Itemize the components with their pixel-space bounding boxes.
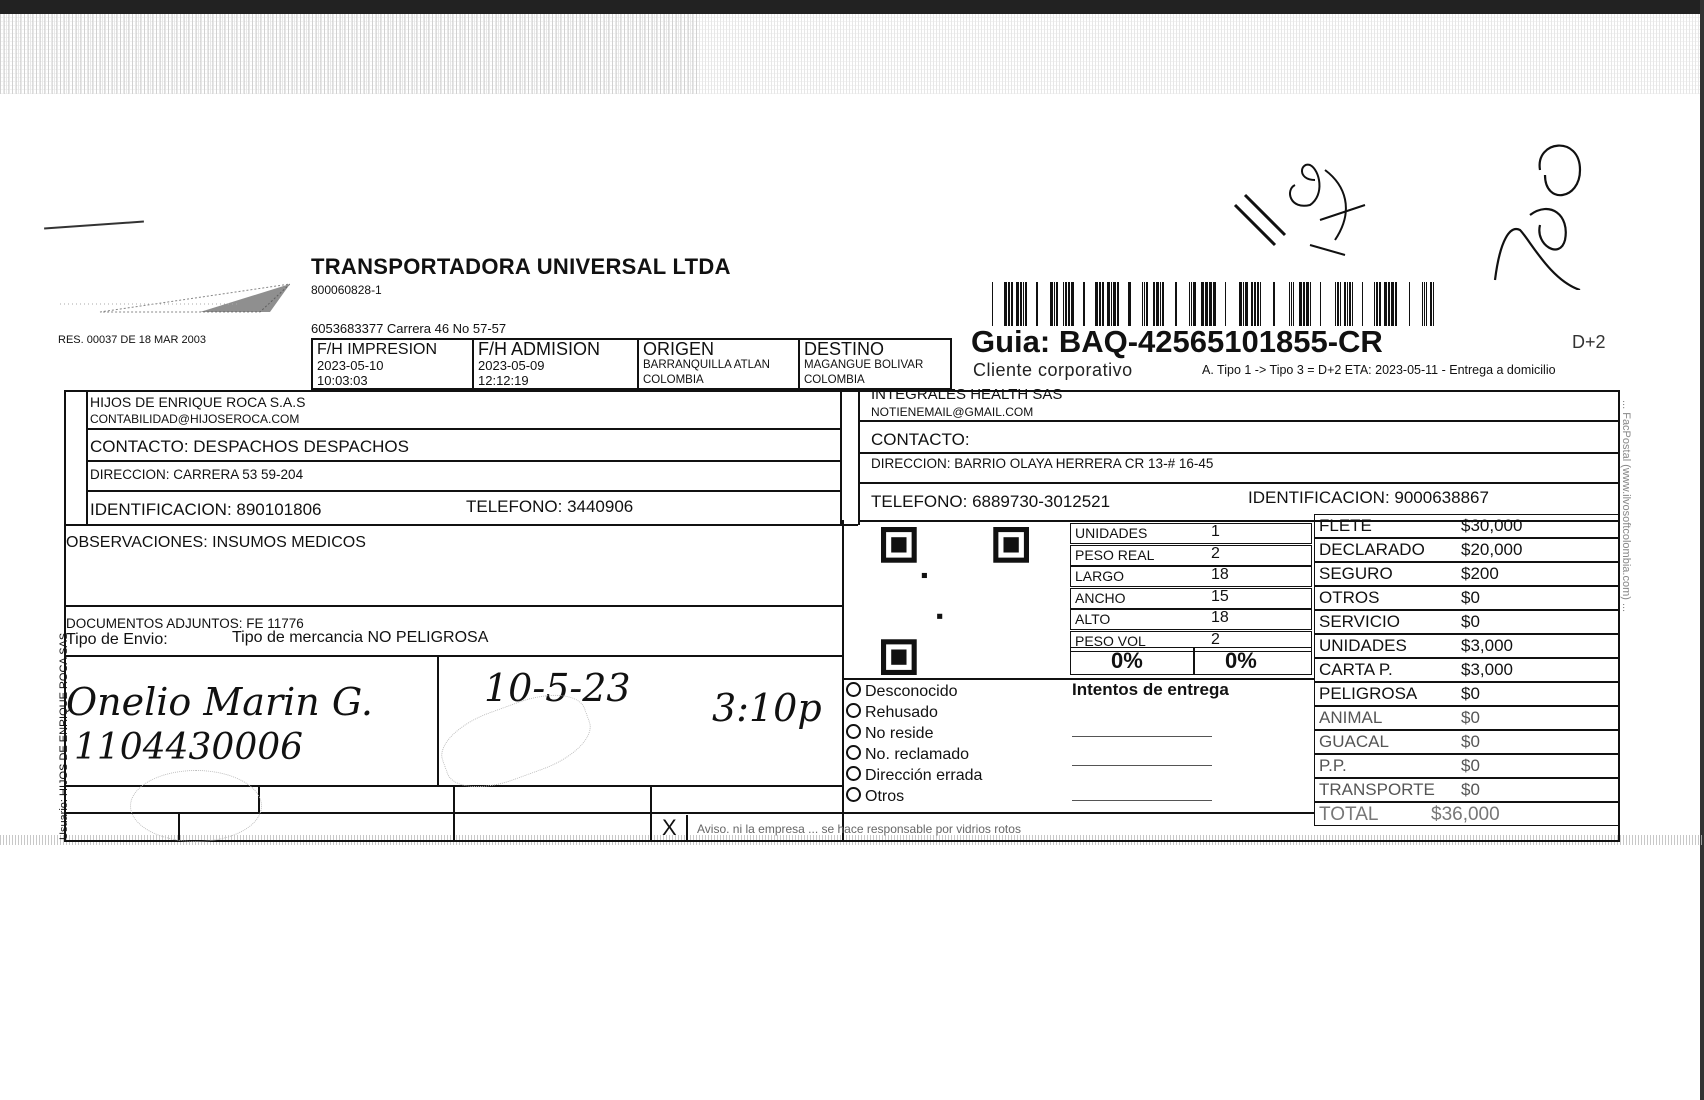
charge-value: $0 xyxy=(1461,732,1480,752)
client-type: Cliente corporativo xyxy=(973,360,1133,381)
package-label: ALTO xyxy=(1075,611,1110,627)
company-name: TRANSPORTADORA UNIVERSAL LTDA xyxy=(311,254,731,280)
delivery-reason-option[interactable]: Rehusado xyxy=(846,702,982,723)
charge-row: GUACAL$0 xyxy=(1314,730,1620,754)
scan-artifact-top xyxy=(0,0,1704,14)
destino-cell: DESTINO MAGANGUE BOLIVAR COLOMBIA xyxy=(798,338,952,390)
charge-value: $0 xyxy=(1461,684,1480,704)
shipment-type-label: Tipo de Envio: xyxy=(66,631,168,649)
charge-value: $200 xyxy=(1461,564,1499,584)
package-row: ALTO18 xyxy=(1070,609,1312,630)
package-label: ANCHO xyxy=(1075,590,1126,606)
package-row: PESO REAL2 xyxy=(1070,545,1312,566)
charge-label: OTROS xyxy=(1319,588,1379,608)
attempt-line-2 xyxy=(1072,765,1212,766)
radio-icon[interactable] xyxy=(846,703,861,718)
charge-row: ANIMAL$0 xyxy=(1314,706,1620,730)
charge-value: $3,000 xyxy=(1461,660,1513,680)
charge-label: FLETE xyxy=(1319,516,1372,536)
receiver-signature-name: Onelio Marin G. xyxy=(66,680,373,724)
barcode xyxy=(986,282,1434,326)
shipment-type-value: Tipo de mercancia NO PELIGROSA xyxy=(232,629,488,647)
divider xyxy=(86,460,840,462)
divider xyxy=(453,785,455,842)
charge-label: UNIDADES xyxy=(1319,636,1407,656)
delivery-reason-label: No reside xyxy=(865,725,933,742)
total-value: $36,000 xyxy=(1431,804,1500,826)
delivery-reason-option[interactable]: Otros xyxy=(846,786,982,807)
divider xyxy=(86,428,840,430)
charge-row: FLETE$30,000 xyxy=(1314,514,1620,538)
notice-mark: X xyxy=(662,815,677,841)
side-software-text: ... FacPostal (www.ilvosoftcolombia.com)… xyxy=(1620,400,1632,612)
divider xyxy=(858,390,860,525)
package-label: PESO REAL xyxy=(1075,547,1154,563)
package-row: ANCHO15 xyxy=(1070,588,1312,609)
charge-label: ANIMAL xyxy=(1319,708,1382,728)
delivery-reason-label: Dirección errada xyxy=(865,767,982,784)
delivery-reason-label: Rehusado xyxy=(865,704,938,721)
handwritten-number-top xyxy=(1490,130,1600,295)
charge-row: CARTA P.$3,000 xyxy=(1314,658,1620,682)
admision-cell: F/H ADMISION 2023-05-09 12:12:19 xyxy=(472,338,639,390)
resolution: RES. 00037 DE 18 MAR 2003 xyxy=(58,334,206,346)
impresion-label: F/H IMPRESION xyxy=(317,341,468,358)
side-user-text: Usuario: HIJOS DE ENRIQUE ROCA SAS xyxy=(58,633,70,840)
sender-phone: TELEFONO: 3440906 xyxy=(466,497,633,517)
divider xyxy=(64,524,858,526)
radio-icon[interactable] xyxy=(846,682,861,697)
divider xyxy=(650,785,652,842)
charge-value: $3,000 xyxy=(1461,636,1513,656)
admision-date: 2023-05-09 xyxy=(478,358,633,373)
package-value: 18 xyxy=(1211,609,1229,627)
divider xyxy=(64,605,844,607)
package-row: LARGO18 xyxy=(1070,566,1312,587)
divider xyxy=(86,390,88,525)
package-value: 2 xyxy=(1211,631,1220,649)
radio-icon[interactable] xyxy=(846,766,861,781)
sender-email: CONTABILIDAD@HIJOSEROCA.COM xyxy=(90,412,299,426)
radio-icon[interactable] xyxy=(846,724,861,739)
delivery-reason-label: No. reclamado xyxy=(865,746,969,763)
qr-code xyxy=(880,527,1030,675)
charge-value: $0 xyxy=(1461,708,1480,728)
impresion-time: 10:03:03 xyxy=(317,373,468,388)
charge-label: GUACAL xyxy=(1319,732,1389,752)
delivery-reason-option[interactable]: Dirección errada xyxy=(846,765,982,786)
sender-identification: IDENTIFICACION: 890101806 xyxy=(90,500,321,520)
charge-label: SERVICIO xyxy=(1319,612,1400,632)
delivery-reason-option[interactable]: No. reclamado xyxy=(846,744,982,765)
divider xyxy=(437,655,439,785)
receiver-signature-id: 1104430006 xyxy=(74,727,303,768)
charge-value: $0 xyxy=(1461,780,1480,800)
divider xyxy=(686,815,688,842)
charge-row: DECLARADO$20,000 xyxy=(1314,538,1620,562)
charge-label: CARTA P. xyxy=(1319,660,1393,680)
percentage-cell: 0% xyxy=(1194,647,1312,675)
delivery-reason-option[interactable]: Desconocido xyxy=(846,681,982,702)
package-row: UNIDADES1 xyxy=(1070,523,1312,544)
origen-country: COLOMBIA xyxy=(643,373,794,388)
company-logo xyxy=(60,282,290,316)
delivery-reason-label: Otros xyxy=(865,788,904,805)
delivery-reason-label: Desconocido xyxy=(865,683,958,700)
radio-icon[interactable] xyxy=(846,745,861,760)
charge-value: $20,000 xyxy=(1461,540,1522,560)
delivery-reasons-list: DesconocidoRehusadoNo resideNo. reclamad… xyxy=(846,681,982,807)
charge-row: TRANSPORTE$0 xyxy=(1314,778,1620,802)
pen-mark xyxy=(44,221,144,230)
divider xyxy=(858,420,1620,422)
destino-label: DESTINO xyxy=(804,341,946,358)
recipient-contact: CONTACTO: xyxy=(871,430,970,450)
radio-icon[interactable] xyxy=(846,787,861,802)
recipient-phone: TELEFONO: 6889730-3012521 xyxy=(871,492,1110,512)
charge-row: PELIGROSA$0 xyxy=(1314,682,1620,706)
package-label: UNIDADES xyxy=(1075,525,1147,541)
destino-city: MAGANGUE BOLIVAR xyxy=(804,358,946,373)
percentage-value: 0% xyxy=(1111,648,1143,674)
attempt-line-1 xyxy=(1072,736,1212,737)
charge-row: SERVICIO$0 xyxy=(1314,610,1620,634)
guia-number: Guia: BAQ-42565101855-CR xyxy=(971,324,1383,360)
charge-value: $0 xyxy=(1461,756,1480,776)
route-info: A. Tipo 1 -> Tipo 3 = D+2 ETA: 2023-05-1… xyxy=(1202,363,1556,377)
sender-name: HIJOS DE ENRIQUE ROCA S.A.S xyxy=(90,394,306,410)
charge-value: $0 xyxy=(1461,612,1480,632)
charge-row: UNIDADES$3,000 xyxy=(1314,634,1620,658)
package-label: LARGO xyxy=(1075,568,1124,584)
admision-time: 12:12:19 xyxy=(478,373,633,388)
origen-label: ORIGEN xyxy=(643,341,794,358)
package-value: 2 xyxy=(1211,545,1220,563)
total-label: TOTAL xyxy=(1319,804,1378,826)
delivery-time-handwritten: 3:10p xyxy=(712,686,822,730)
admision-label: F/H ADMISION xyxy=(478,341,633,358)
charge-row: OTROS$0 xyxy=(1314,586,1620,610)
percentage-value: 0% xyxy=(1225,648,1257,674)
service-level: D+2 xyxy=(1572,332,1606,353)
charge-row: P.P.$0 xyxy=(1314,754,1620,778)
charge-label: TRANSPORTE xyxy=(1319,780,1435,800)
delivery-reason-option[interactable]: No reside xyxy=(846,723,982,744)
origen-cell: ORIGEN BARRANQUILLA ATLAN COLOMBIA xyxy=(637,338,800,390)
charge-label: PELIGROSA xyxy=(1319,684,1417,704)
charge-value: $0 xyxy=(1461,588,1480,608)
charge-row: SEGURO$200 xyxy=(1314,562,1620,586)
divider xyxy=(858,452,1620,454)
recipient-address: DIRECCION: BARRIO OLAYA HERRERA CR 13-# … xyxy=(871,456,1213,471)
divider xyxy=(858,482,1620,484)
origen-city: BARRANQUILLA ATLAN xyxy=(643,358,794,373)
total-row: TOTAL$36,000 xyxy=(1314,802,1620,826)
stamp-faint xyxy=(130,770,262,842)
divider xyxy=(86,490,840,492)
package-value: 1 xyxy=(1211,523,1220,541)
scan-edge xyxy=(1700,0,1704,1100)
recipient-email: NOTIENEMAIL@GMAIL.COM xyxy=(871,405,1033,419)
sender-contact: CONTACTO: DESPACHOS DESPACHOS xyxy=(90,437,409,457)
percentage-cell: 0% xyxy=(1070,647,1194,675)
charge-label: SEGURO xyxy=(1319,564,1393,584)
notice-text: Aviso. ni la empresa ... se hace respons… xyxy=(697,822,1021,836)
recipient-identification: IDENTIFICACION: 9000638867 xyxy=(1248,488,1489,508)
observations: OBSERVACIONES: INSUMOS MEDICOS xyxy=(66,534,366,552)
package-value: 18 xyxy=(1211,566,1229,584)
divider xyxy=(64,655,844,657)
attempt-line-3 xyxy=(1072,800,1212,801)
package-value: 15 xyxy=(1211,588,1229,606)
divider xyxy=(840,390,842,525)
recipient-name: INTEGRALES HEALTH SAS xyxy=(871,386,1062,403)
impresion-date: 2023-05-10 xyxy=(317,358,468,373)
sender-address: DIRECCION: CARRERA 53 59-204 xyxy=(90,467,303,482)
scan-noise xyxy=(0,14,700,94)
handwritten-note-top xyxy=(1225,150,1405,275)
charge-value: $30,000 xyxy=(1461,516,1522,536)
impresion-cell: F/H IMPRESION 2023-05-10 10:03:03 xyxy=(311,338,474,390)
company-nit: 800060828-1 xyxy=(311,283,382,297)
company-address: 6053683377 Carrera 46 No 57-57 xyxy=(311,321,506,336)
charge-label: P.P. xyxy=(1319,756,1347,776)
charge-label: DECLARADO xyxy=(1319,540,1425,560)
attempts-label: Intentos de entrega xyxy=(1072,680,1229,700)
